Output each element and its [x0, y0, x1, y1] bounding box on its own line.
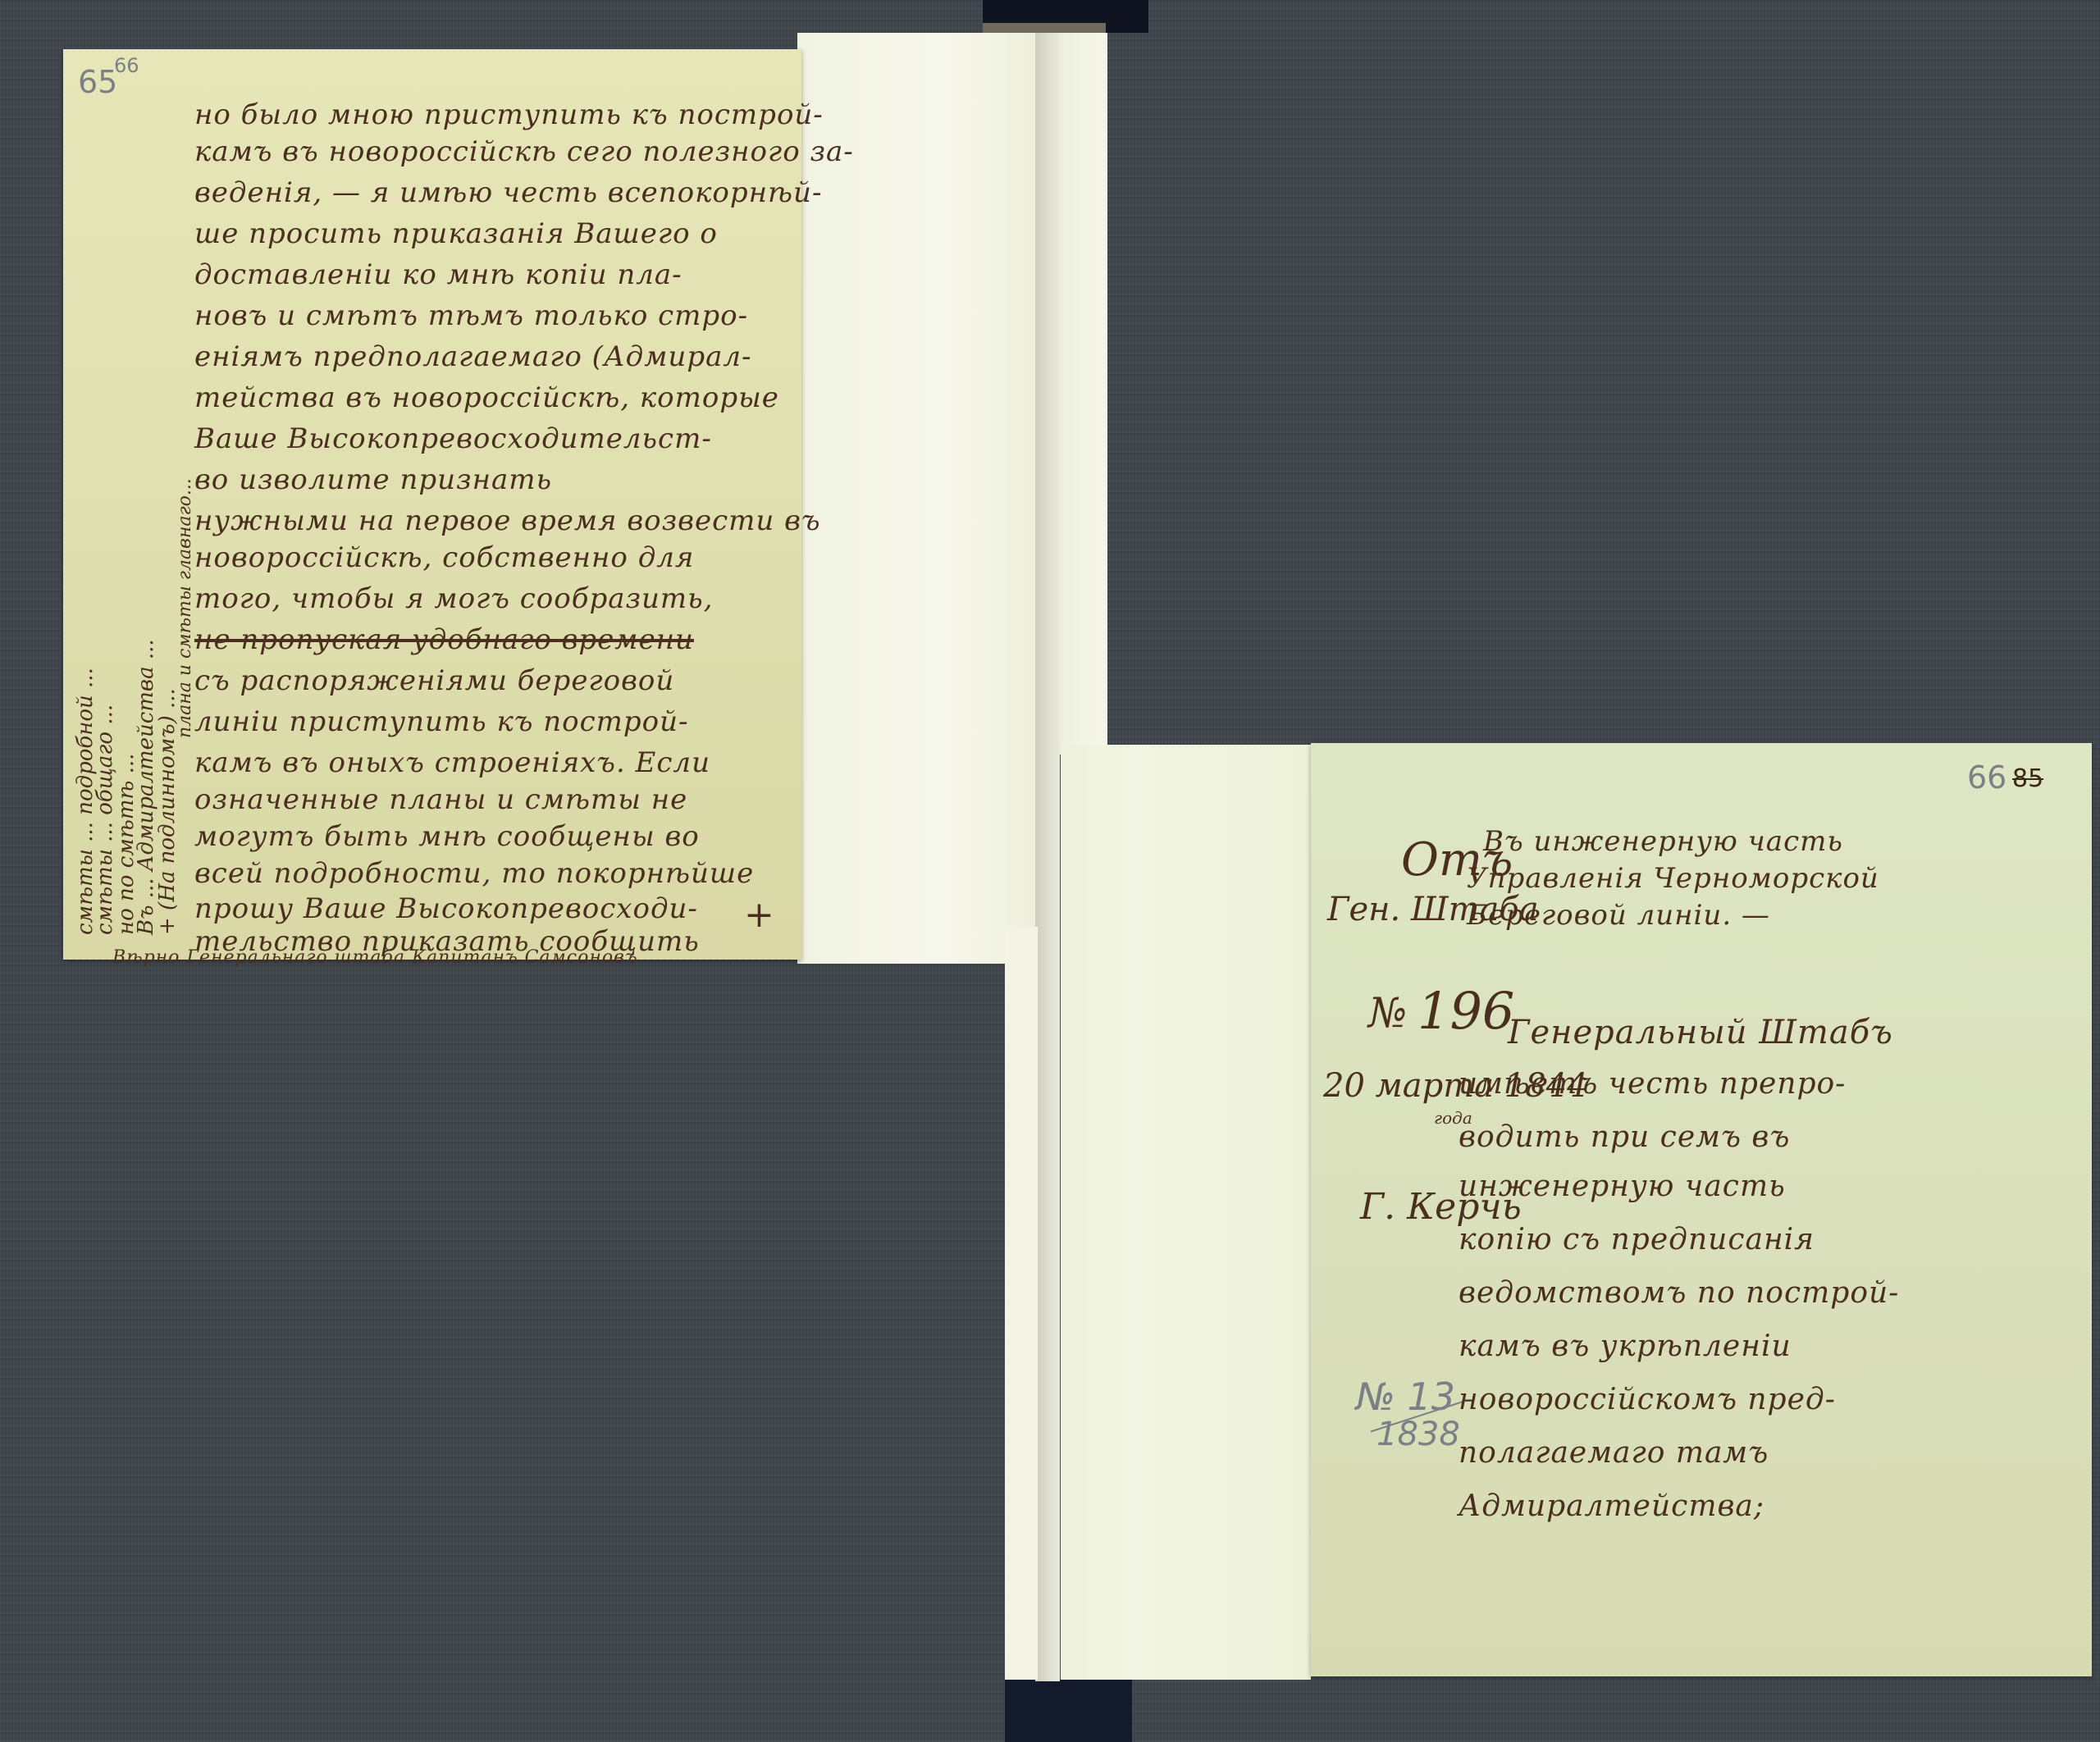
paper-fold-shadow: [1035, 33, 1060, 1681]
archive-mark-year: 1838: [1376, 1416, 1460, 1453]
blank-flap-lower: [1061, 745, 1311, 1680]
body-line: ведомствомъ по построй-: [1459, 1276, 1899, 1310]
body-line: камъ въ новороссійскѣ сего полезного за-: [194, 135, 854, 168]
attestation-signature: Вѣрно Генеральнаго штаба Капитанъ Самсон…: [112, 947, 638, 968]
body-line: имѣетъ честь препро-: [1459, 1067, 1846, 1101]
folio-number-ink-struck: 85: [2012, 764, 2043, 793]
body-line: еніямъ предполагаемаго (Адмирал-: [194, 340, 752, 373]
folio-number-alt: 66: [114, 54, 139, 77]
marginal-cross-mark: +: [744, 894, 775, 936]
body-line: всей подробности, то покорнѣйше: [194, 857, 754, 890]
body-line: Адмиралтейства;: [1459, 1489, 1764, 1523]
document-number-label: №: [1368, 989, 1407, 1037]
body-line: линіи приступить къ построй-: [194, 705, 688, 738]
body-line: Генеральный Штабъ: [1508, 1014, 1893, 1051]
folio-number-pencil: 66: [1967, 759, 2006, 796]
body-line: полагаемаго тамъ: [1459, 1436, 1769, 1470]
body-line: съ распоряженіями береговой: [194, 664, 674, 697]
body-line: Ваше Высокопревосходительст-: [194, 422, 712, 455]
body-line-struck: не пропуская удобнаго времени: [194, 623, 694, 656]
blank-flap-upper-left: [797, 33, 1035, 964]
body-line: инженерную часть: [1459, 1170, 1786, 1203]
body-line: во изволите признать: [194, 463, 552, 496]
body-line: того, чтобы я могъ сообразить,: [194, 582, 714, 615]
body-line: могутъ быть мнѣ сообщены во: [194, 820, 700, 853]
body-line: но было мною приступить къ построй-: [194, 98, 824, 131]
body-line: водить при семъ въ: [1459, 1120, 1790, 1154]
body-line: веденія, — я имѣю честь всепокорнѣй-: [194, 176, 822, 209]
body-line: доставленіи ко мнѣ копіи пла-: [194, 258, 682, 291]
margin-note: плана и смѣты главнаго...: [175, 66, 195, 738]
manuscript-leaf-right: 66 85 Отъ Ген. Штаба № 196 20 марта 1844…: [1311, 743, 2092, 1676]
body-line: тейства въ новороссійскѣ, которые: [194, 381, 779, 414]
body-line: нужными на первое время возвести въ: [194, 504, 821, 537]
body-line: новороссійскѣ, собственно для: [194, 541, 694, 574]
binding-bottom: [1005, 1680, 1132, 1742]
body-line: означенные планы и смѣты не: [194, 783, 687, 816]
addressee-line: Въ инженерную часть: [1483, 825, 1843, 858]
manuscript-leaf-left: 65 66 смѣты ... подробной ... смѣты ... …: [63, 49, 801, 960]
blank-flap-upper-right: [1060, 33, 1107, 755]
addressee-line: Береговой линіи. —: [1467, 899, 1770, 932]
body-line: новъ и смѣтъ тѣмъ только стро-: [194, 299, 748, 332]
body-line: новороссійскомъ пред-: [1459, 1383, 1836, 1416]
body-line: камъ въ укрѣпленіи: [1459, 1329, 1792, 1363]
body-line: камъ въ оныхъ строеніяхъ. Если: [194, 746, 710, 779]
body-line: ше просить приказанія Вашего о: [194, 217, 718, 250]
addressee-line: Управленія Черноморской: [1467, 862, 1879, 895]
blank-strip-lower: [1005, 927, 1038, 1680]
archive-mark-number: № 13: [1356, 1375, 1455, 1419]
body-line: прошу Ваше Высокопревосходи-: [194, 892, 698, 925]
document-number: 196: [1417, 981, 1514, 1041]
body-line: копію съ предписанія: [1459, 1223, 1815, 1256]
folio-number: 65: [78, 64, 117, 100]
